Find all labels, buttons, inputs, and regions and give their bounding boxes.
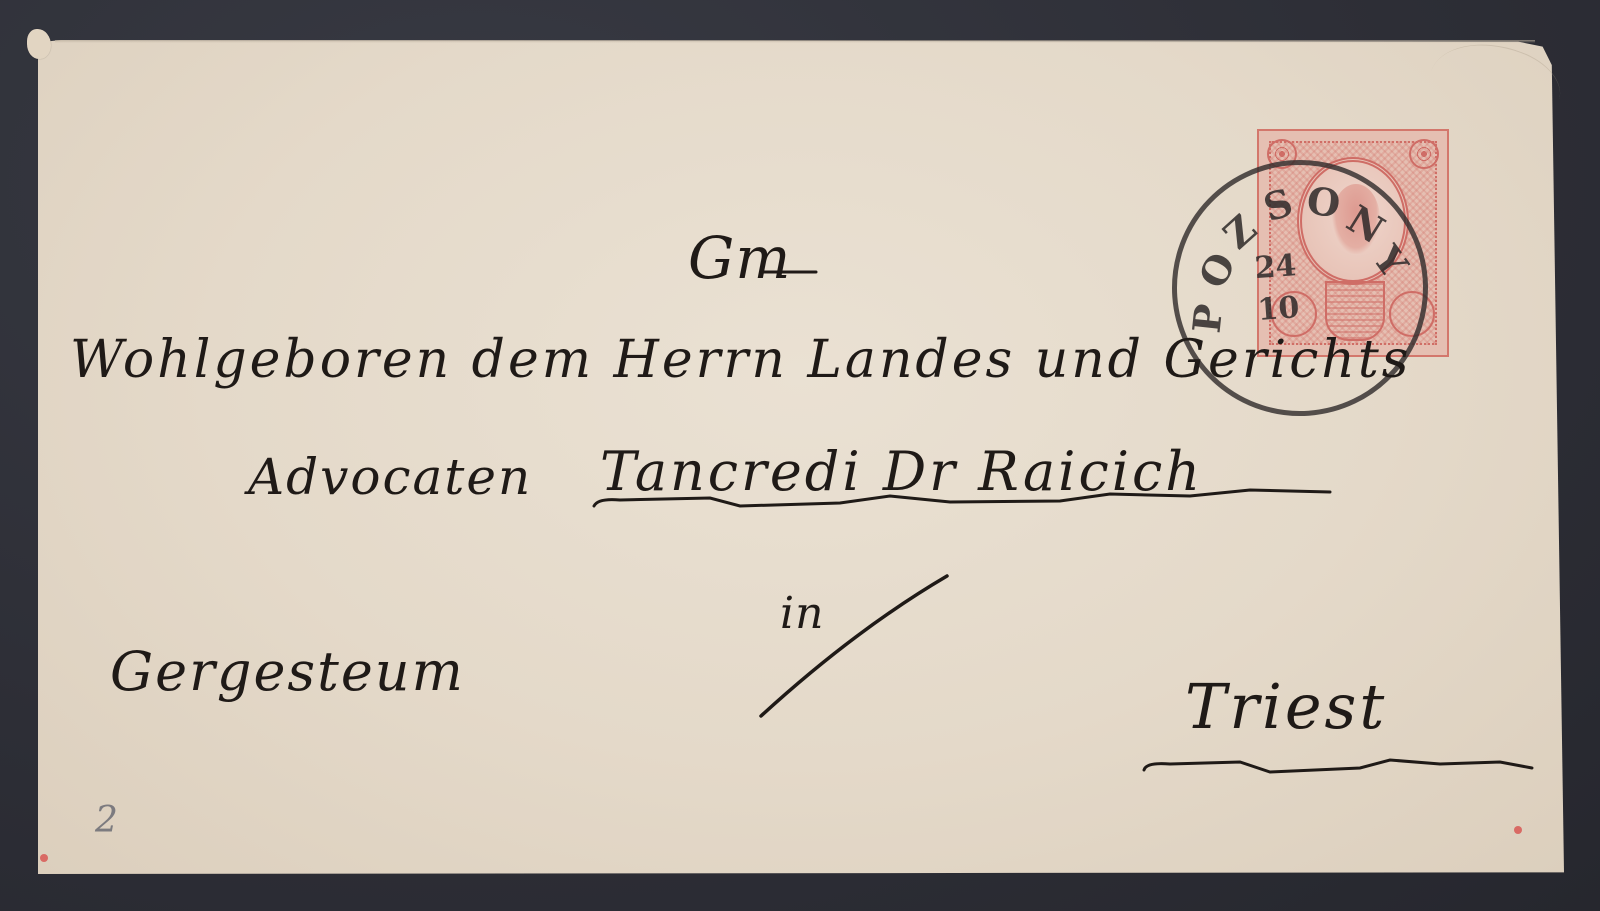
envelope-corner-tab: [27, 29, 51, 59]
salutation-text: Gm: [688, 224, 791, 292]
postmark-letter: S: [1258, 183, 1298, 228]
sender-note: Gergesteum: [110, 640, 465, 703]
addressee-underline: [590, 486, 1335, 512]
destination-city: Triest: [1185, 670, 1387, 743]
postmark-day: 24: [1245, 251, 1307, 285]
postmark-letter: O: [1193, 250, 1241, 294]
salutation-underline: [760, 268, 820, 276]
postmark-letter: O: [1305, 181, 1340, 223]
postmark-letter: Z: [1216, 208, 1264, 256]
slash-stroke: [755, 570, 955, 720]
rosette-icon: [1409, 139, 1439, 169]
destination-underline: [1140, 748, 1540, 778]
address-line-1: Wohlgeboren dem Herrn Landes und Gericht…: [70, 330, 1412, 390]
pencil-mark: 2: [95, 800, 118, 841]
postmark-month: 10: [1247, 292, 1309, 326]
postmark-letter: Y: [1366, 238, 1414, 285]
red-ink-dot: [1514, 826, 1522, 834]
address-prefix: Advocaten: [248, 448, 532, 506]
envelope-top-edge: [55, 40, 1535, 43]
postmark-letter: N: [1341, 199, 1387, 247]
red-ink-dot: [40, 854, 48, 862]
